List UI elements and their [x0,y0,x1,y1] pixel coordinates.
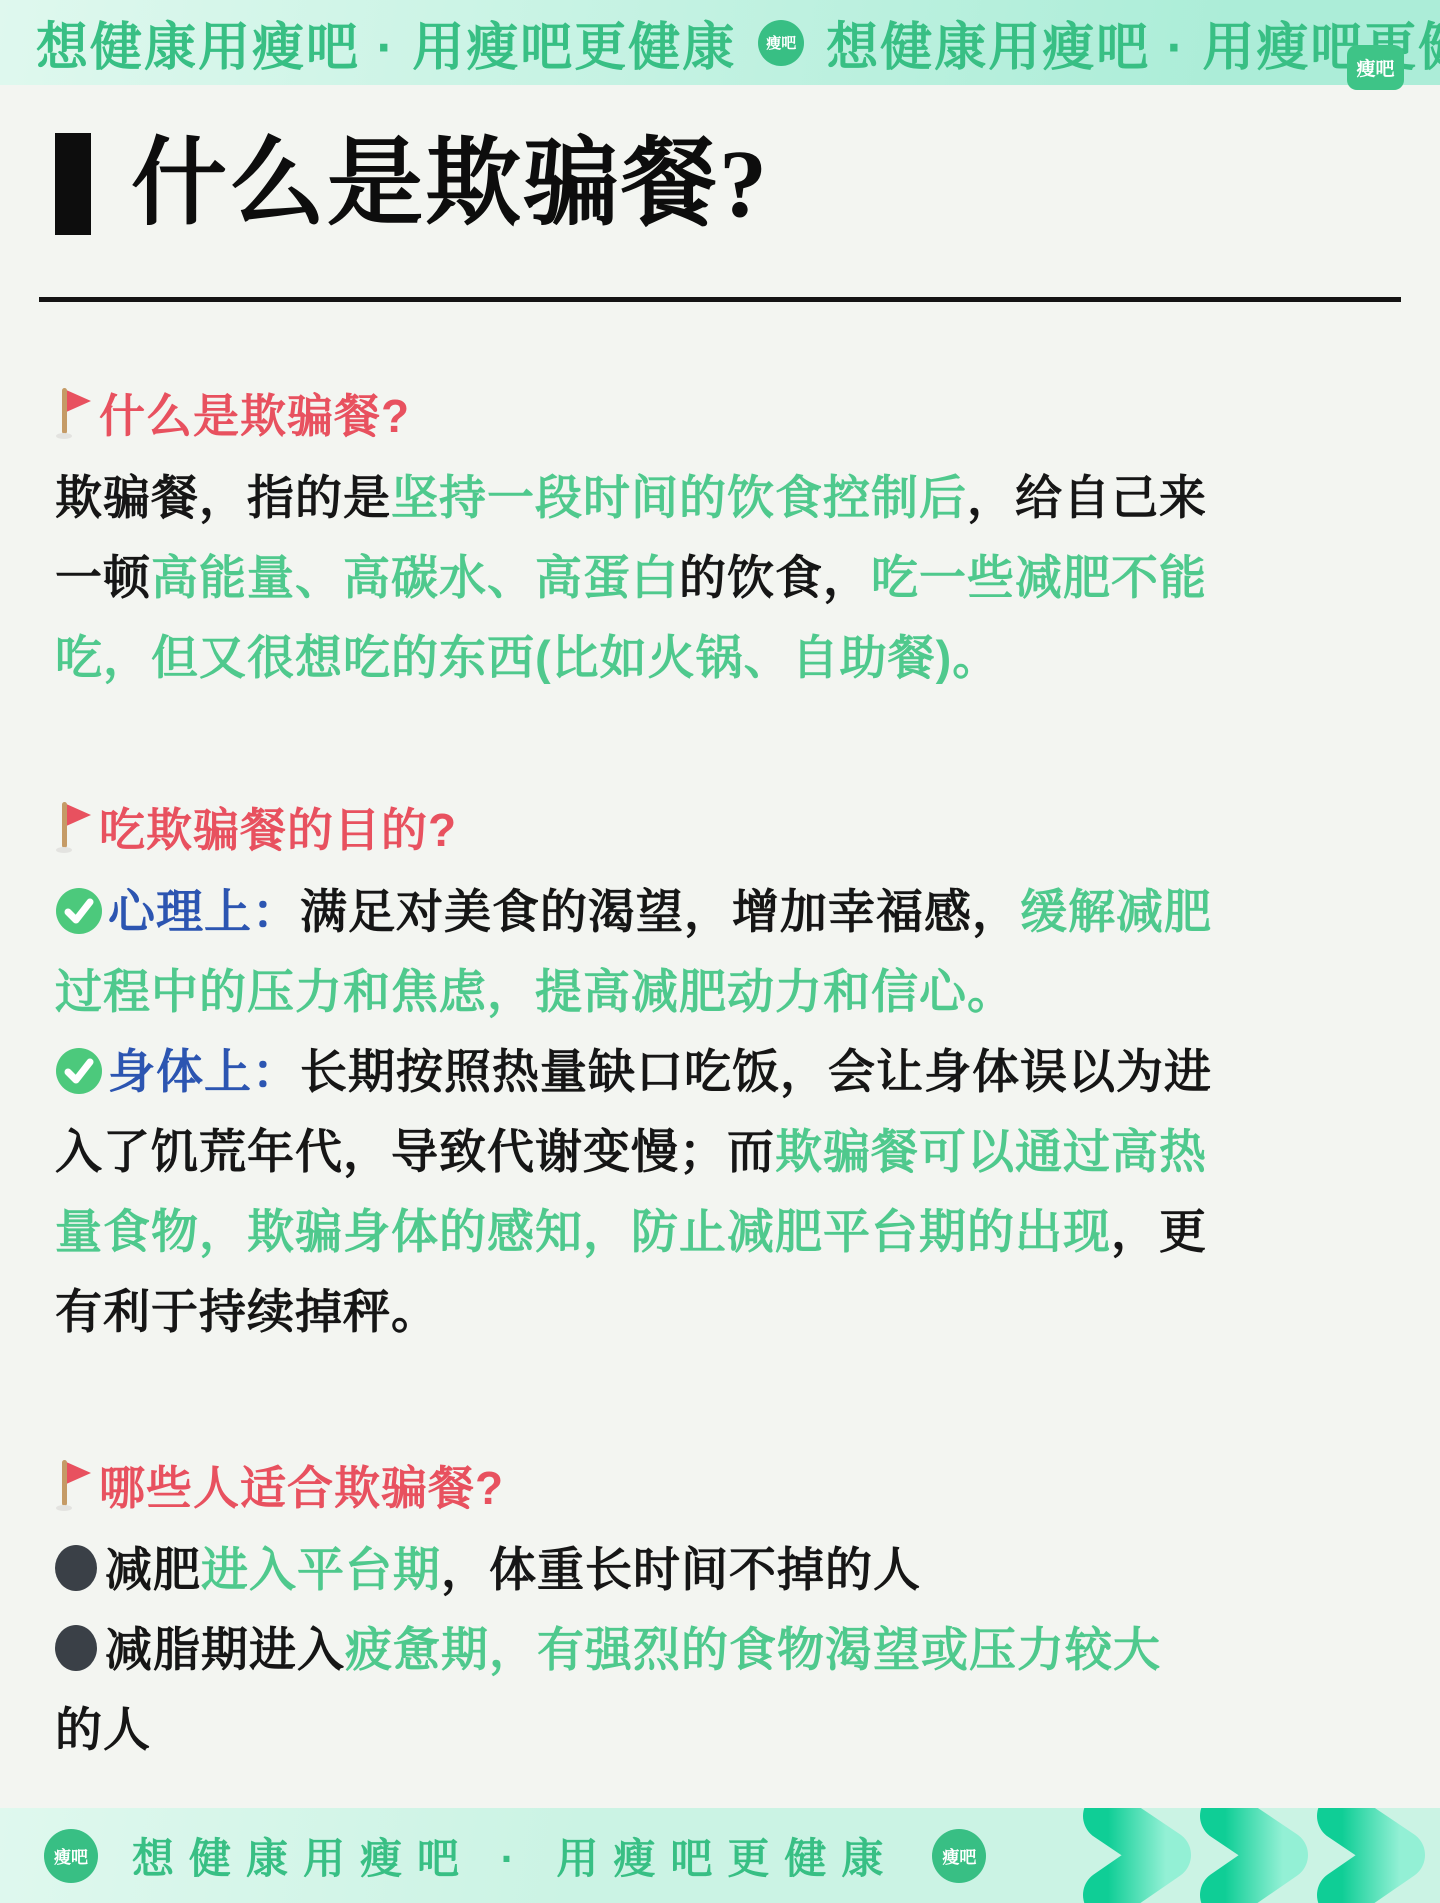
title-divider [39,297,1401,302]
paragraph: 心理上：满足对美食的渴望，增加幸福感，缓解减肥 过程中的压力和焦虑，提高减肥动力… [55,872,1385,1352]
text-segment: 有利于持续掉秤。 [55,1285,439,1338]
shouba-badge-icon: 瘦吧 [1347,45,1404,90]
shouba-logo-icon: 瘦吧 [44,1829,98,1883]
shouba-logo-icon: 瘦吧 [758,20,804,66]
logo-text: 瘦吧 [54,1843,88,1868]
body-line: 减肥进入平台期，体重长时间不掉的人 [55,1530,1385,1610]
footer-slogan: 想健康用瘦吧 · 用瘦吧更健康 [132,1826,898,1886]
text-segment: 欺骗餐，指的是 [55,471,391,524]
bullet-dot-icon [55,1545,97,1591]
badge-text: 瘦吧 [1356,54,1394,81]
section-purpose-of-cheat-meal: 吃欺骗餐的目的? 心理上：满足对美食的渴望，增加幸福感，缓解减肥 过程中的压力和… [55,794,1385,1352]
body-line: 身体上：长期按照热量缺口吃饭，会让身体误以为进 [55,1032,1385,1112]
section-heading-row: 哪些人适合欺骗餐? [55,1452,1385,1518]
body-line: 一顿高能量、高碳水、高蛋白的饮食，吃一些减肥不能 [55,538,1385,618]
page-title: 什么是欺骗餐? [131,136,769,232]
banner-slogan: 想健康用瘦吧 · 用瘦吧更健康 [36,5,736,80]
body-line: 入了饥荒年代，导致代谢变慢；而欺骗餐可以通过高热 [55,1112,1385,1192]
text-segment: 的人 [55,1703,151,1756]
text-segment: 高能量、高碳水、高蛋白 [151,551,679,604]
section-heading: 吃欺骗餐的目的? [99,794,457,860]
red-flag-icon [55,1458,93,1512]
paragraph: 减肥进入平台期，体重长时间不掉的人 减脂期进入疲惫期，有强烈的食物渴望或压力较大… [55,1530,1385,1770]
top-banner: 想健康用瘦吧 · 用瘦吧更健康 瘦吧 想健康用瘦吧 · 用瘦吧更健康 [0,0,1440,85]
text-segment: 心理上： [108,885,300,938]
title-block-marker [55,133,91,235]
main-content: 什么是欺骗餐? 什么是欺骗餐? 欺骗餐，指的是坚持一段时间的饮食控制后，给自己来… [0,131,1440,1770]
body-line: 有利于持续掉秤。 [55,1272,1385,1352]
red-flag-icon [55,800,93,854]
text-segment: 长期按照热量缺口吃饭，会让身体误以为进 [300,1045,1212,1098]
logo-text: 瘦吧 [766,32,796,53]
check-circle-icon [55,887,103,935]
text-segment: 量食物，欺骗身体的感知，防止减肥平台期的出现 [55,1205,1111,1258]
section-heading-row: 吃欺骗餐的目的? [55,794,1385,860]
body-line: 欺骗餐，指的是坚持一段时间的饮食控制后，给自己来 [55,458,1385,538]
footer-banner: 瘦吧 想健康用瘦吧 · 用瘦吧更健康 瘦吧 [0,1808,1440,1903]
paragraph: 欺骗餐，指的是坚持一段时间的饮食控制后，给自己来 一顿高能量、高碳水、高蛋白的饮… [55,458,1385,698]
text-segment: ，给自己来 [967,471,1207,524]
text-segment: 身体上： [108,1045,300,1098]
text-segment: 一顿 [55,551,151,604]
text-segment: 减肥 [105,1543,201,1596]
text-segment: 过程中的压力和焦虑，提高减肥动力和信心。 [55,965,1015,1018]
text-segment: 坚持一段时间的饮食控制后 [391,471,967,524]
section-what-is-cheat-meal: 什么是欺骗餐? 欺骗餐，指的是坚持一段时间的饮食控制后，给自己来 一顿高能量、高… [55,380,1385,698]
text-segment: 进入平台期 [201,1543,441,1596]
body-line: 的人 [55,1690,1385,1770]
red-flag-icon [55,386,93,440]
title-row: 什么是欺骗餐? [55,131,1385,237]
body-line: 减脂期进入疲惫期，有强烈的食物渴望或压力较大 [55,1610,1385,1690]
text-segment: 满足对美食的渴望，增加幸福感， [300,885,1020,938]
shouba-logo-icon: 瘦吧 [932,1829,986,1883]
bullet-dot-icon [55,1625,97,1671]
section-who-suits-cheat-meal: 哪些人适合欺骗餐? 减肥进入平台期，体重长时间不掉的人 减脂期进入疲惫期，有强烈… [55,1452,1385,1770]
section-heading-row: 什么是欺骗餐? [55,380,1385,446]
text-segment: 入了饥荒年代，导致代谢变慢；而 [55,1125,775,1178]
text-segment: 缓解减肥 [1020,885,1212,938]
chevron-right-icons [1080,1808,1440,1903]
text-segment: 吃一些减肥不能 [871,551,1207,604]
body-line: 过程中的压力和焦虑，提高减肥动力和信心。 [55,952,1385,1032]
text-segment: 疲惫期，有强烈的食物渴望或压力较大 [345,1623,1161,1676]
check-circle-icon [55,1047,103,1095]
logo-text: 瘦吧 [942,1843,976,1868]
text-segment: ，体重长时间不掉的人 [441,1543,921,1596]
text-segment: 吃，但又很想吃的东西(比如火锅、自助餐)。 [55,631,1000,684]
section-heading: 什么是欺骗餐? [99,380,410,446]
text-segment: ，更 [1111,1205,1207,1258]
section-heading: 哪些人适合欺骗餐? [99,1452,504,1518]
body-line: 量食物，欺骗身体的感知，防止减肥平台期的出现，更 [55,1192,1385,1272]
text-segment: 欺骗餐可以通过高热 [775,1125,1207,1178]
text-segment: 的饮食， [679,551,871,604]
body-line: 吃，但又很想吃的东西(比如火锅、自助餐)。 [55,618,1385,698]
body-line: 心理上：满足对美食的渴望，增加幸福感，缓解减肥 [55,872,1385,952]
text-segment: 减脂期进入 [105,1623,345,1676]
